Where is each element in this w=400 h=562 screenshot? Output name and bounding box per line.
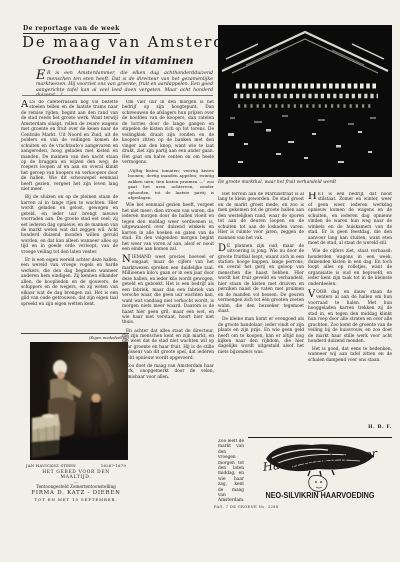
paragraph: Het terrein aan de Marnixstraat is al la…	[218, 192, 304, 241]
paragraph-text: Wie het eenmaal gezien heeft, vergeet he…	[122, 203, 214, 252]
steen-painting	[30, 342, 128, 460]
article-column-2: Om vier uur in den morgen is het bedrijf…	[122, 100, 214, 505]
dropcap: N	[122, 255, 132, 264]
paragraph: HET is een bedrijf, dat nooit stilstaat.…	[308, 192, 392, 247]
dropcap: H	[308, 192, 318, 201]
divider-rule	[22, 95, 213, 96]
paragraph: En achter dat alles staat de directeur, …	[122, 329, 214, 362]
paragraph: DE plannen zijn oud, maar de uitvoering …	[218, 244, 304, 315]
paragraph-text: IEMAND weet precies hoeveel er omgaat, m…	[122, 255, 214, 325]
paragraph-text: Wie de cijfers ziet, staat verbaasd: hon…	[308, 249, 392, 287]
article-column-3: Het terrein aan de Marnixstraat is al la…	[218, 192, 304, 435]
paragraph: VOOR dag en dauw staan de venters al aan…	[308, 290, 392, 345]
paragraph: Bij de sluizen en op de pleinen staan de…	[21, 195, 118, 255]
paragraph: Om vier uur in den morgen is het bedrijf…	[122, 100, 214, 165]
paragraph-text: ET is een bedrijf, dat nooit stilstaat. …	[308, 192, 392, 246]
hair-tonic-advert: Haren groeien door NEO-SILVIKRIN HAARVOE…	[248, 437, 392, 503]
paragraph-text: Zoo doet de maag van Amsterdam haar werk…	[122, 364, 214, 380]
painting-title: HET GEBED VOOR DEN MAALTIJD.	[26, 470, 126, 480]
paragraph: De kleine man komt er evengoed als de gr…	[218, 317, 304, 355]
paragraph: ALS de caféterrassen nog vol bezette sto…	[21, 100, 118, 193]
article-column-1: ALS de caféterrassen nog vol bezette sto…	[21, 100, 118, 331]
paragraph-text: LS de caféterrassen nog vol bezette stoe…	[21, 100, 118, 192]
paragraph-text: En achter dat alles staat de directeur, …	[122, 329, 214, 361]
newspaper-page: De reportage van de week De maag van Ams…	[0, 0, 400, 562]
photo-caption: De groote markthal, waar het fruit verha…	[218, 180, 392, 185]
artist-name: JAN HAVICKSZ STEEN	[26, 463, 76, 468]
paragraph-text: De kleine man komt er evengoed als de gr…	[218, 317, 304, 355]
author-initials: H. B. F.	[308, 425, 392, 430]
quote-block: „Vijftig kisten tomaten; veertig kisten …	[128, 168, 214, 201]
painting-credit: (Eigen mededeeling)	[21, 333, 129, 340]
page-title: De maag van Amsterdam	[22, 33, 214, 51]
article-column-4: HET is een bedrijf, dat nooit stilstaat.…	[308, 192, 392, 422]
exhibition-line: Tentoongesteld Zomertentoonstelling	[26, 484, 126, 489]
paragraph-text: Om vier uur in den morgen is het bedrijf…	[122, 100, 214, 165]
paragraph: Wie het eenmaal gezien heeft, vergeet he…	[122, 203, 214, 252]
paragraph-text: Er is een eigen wereld achter deze halle…	[21, 258, 118, 307]
intro-text: R is een Amsterdammer, die elken dag ach…	[36, 71, 213, 98]
paragraph-text: Het terrein aan de Marnixstraat is al la…	[218, 192, 304, 241]
paragraph: NIEMAND weet precies hoeveel er omgaat, …	[122, 255, 214, 326]
dropcap: A	[21, 100, 29, 109]
caption-divider: —	[26, 480, 126, 483]
painting-artist-row: JAN HAVICKSZ STEEN 1626?-1679	[26, 463, 126, 468]
paragraph: Er is een eigen wereld achter deze halle…	[21, 258, 118, 307]
subtitle: Groothandel in vitaminen	[22, 55, 214, 67]
bottom-right-region: Zoo leeft de markt van den vroegen morge…	[218, 437, 392, 503]
intro-dropcap: E	[36, 71, 47, 81]
exhibition-dates: TOT EN MET 15 SEPTEMBER.	[26, 497, 126, 502]
paragraph: Zoo doet de maag van Amsterdam haar werk…	[122, 364, 214, 380]
article-column-3-continued: Zoo leeft de markt van den vroegen morge…	[218, 439, 244, 501]
paragraph-text: E plannen zijn oud, maar de uitvoering i…	[218, 244, 304, 314]
painting-block: (Eigen mededeeling)	[21, 333, 129, 502]
paragraph-text: Bij de sluizen en op de pleinen staan de…	[21, 195, 118, 255]
page-footer: PAG. 7 DE GROENE No. 3288	[214, 505, 279, 509]
paragraph-text: Het is goed, dat eens te bedenken, wanne…	[308, 347, 392, 363]
market-hall-photo	[218, 25, 392, 177]
artist-dates: 1626?-1679	[101, 463, 126, 468]
paragraph: Wie de cijfers ziet, staat verbaasd: hon…	[308, 249, 392, 287]
paragraph: Het is goed, dat eens te bedenken, wanne…	[308, 347, 392, 363]
paragraph-text: OOR dag en dauw staan de venters al aan …	[308, 290, 392, 344]
gallery-name: FIRMA D. KATZ - DIEREN	[26, 490, 126, 496]
dropcap: V	[308, 290, 316, 299]
advert-brand-name: NEO-SILVIKRIN HAARVOEDING	[255, 491, 385, 500]
dropcap: D	[218, 244, 227, 253]
